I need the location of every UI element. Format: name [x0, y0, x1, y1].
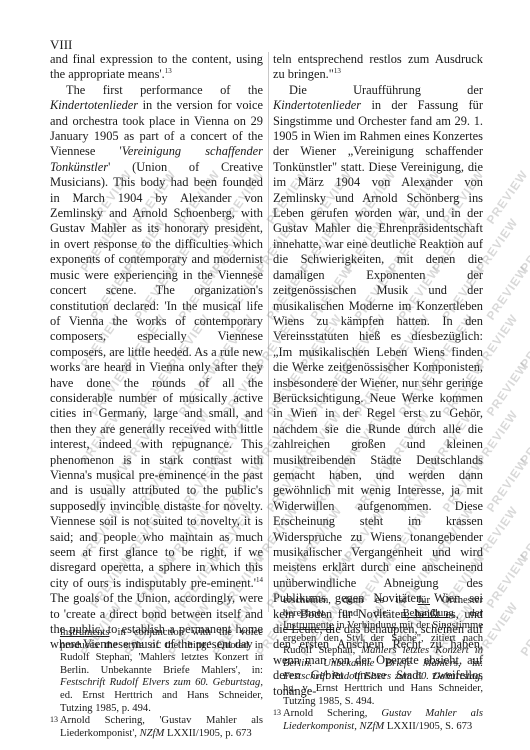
footnote-number: 13	[273, 708, 281, 718]
watermark-text: PREVIEW	[483, 455, 530, 514]
journal-abbrev: NZfM	[140, 728, 165, 739]
paragraph-first-performance: The first performance of the Kindertoten…	[50, 83, 263, 653]
footnote-text: erscheinen, denn es ist	[283, 595, 418, 606]
paragraph-continuation: teln entsprechend restlos zum Ausdruck z…	[273, 52, 483, 83]
footnote-text: Arnold Schering,	[283, 708, 381, 719]
footnotes-english: instruments in conjunction with the voic…	[60, 627, 263, 740]
footnote-text: , in:	[458, 658, 483, 669]
paragraph-text: The first performance of the	[66, 83, 263, 97]
paragraph-text: teln entsprechend restlos zum Ausdruck z…	[273, 52, 483, 81]
watermark-text: PREVIEW	[483, 167, 530, 226]
left-column-english: and final expression to the content, usi…	[50, 52, 263, 653]
work-title: Kindertotenlieder	[50, 98, 138, 112]
footnote-12-continuation: instruments in conjunction with the voic…	[60, 627, 263, 715]
paragraph-text: ' (Union of Creative Musicians). This bo…	[50, 160, 263, 590]
footnotes-german: erscheinen, denn es ist für Orchester be…	[283, 595, 483, 734]
underlined-term: Instrumente	[283, 620, 334, 631]
underlined-term: für	[418, 595, 430, 606]
footnote-ref[interactable]: 13	[165, 67, 172, 75]
underlined-term: instruments	[60, 627, 109, 638]
column-divider	[268, 52, 269, 612]
watermark-text: PREVIEW	[483, 551, 530, 610]
footnote-12-continuation: erscheinen, denn es ist für Orchester be…	[283, 595, 483, 708]
watermark-text: PREVIEW	[517, 503, 530, 562]
footnote-ref[interactable]: 14	[256, 576, 263, 584]
watermark-text: PREVIEW	[483, 359, 530, 418]
watermark-text: PREVIEW	[517, 311, 530, 370]
footnote-text: der	[454, 608, 483, 619]
footnote-ref[interactable]: 13	[334, 67, 341, 75]
paragraph-text: and final expression to the content, usi…	[50, 52, 263, 81]
footnote-number: 13	[50, 715, 58, 725]
underlined-term: Behandlung	[403, 608, 454, 619]
watermark-text: PREVIEW	[517, 215, 530, 274]
watermark-text: PREVIEW	[517, 407, 530, 466]
footnote-text: LXXII/1905, S. 673	[384, 721, 472, 732]
paragraph-continuation: and final expression to the content, usi…	[50, 52, 263, 83]
publication-title: Festschrift Rudolf Elvers zum 60. Geburt…	[60, 677, 260, 688]
watermark-text: PREVIEW	[517, 599, 530, 658]
watermark-text: PREVIEW	[483, 263, 530, 322]
page-number: VIII	[50, 37, 72, 53]
footnote-13: 13Arnold Schering, 'Gustav Mahler als Li…	[60, 715, 263, 740]
footnote-text: LXXII/1905, p. 673	[164, 728, 251, 739]
work-title: Kindertotenlieder	[273, 98, 361, 112]
publication-title: Festschrift Rudolf Elvers zum 60. Geburt…	[283, 671, 480, 682]
paragraph-text: Die Uraufführung der	[289, 83, 483, 97]
journal-abbrev: NZfM	[360, 721, 385, 732]
footnote-13: 13Arnold Schering, Gustav Mahler als Lie…	[283, 708, 483, 733]
